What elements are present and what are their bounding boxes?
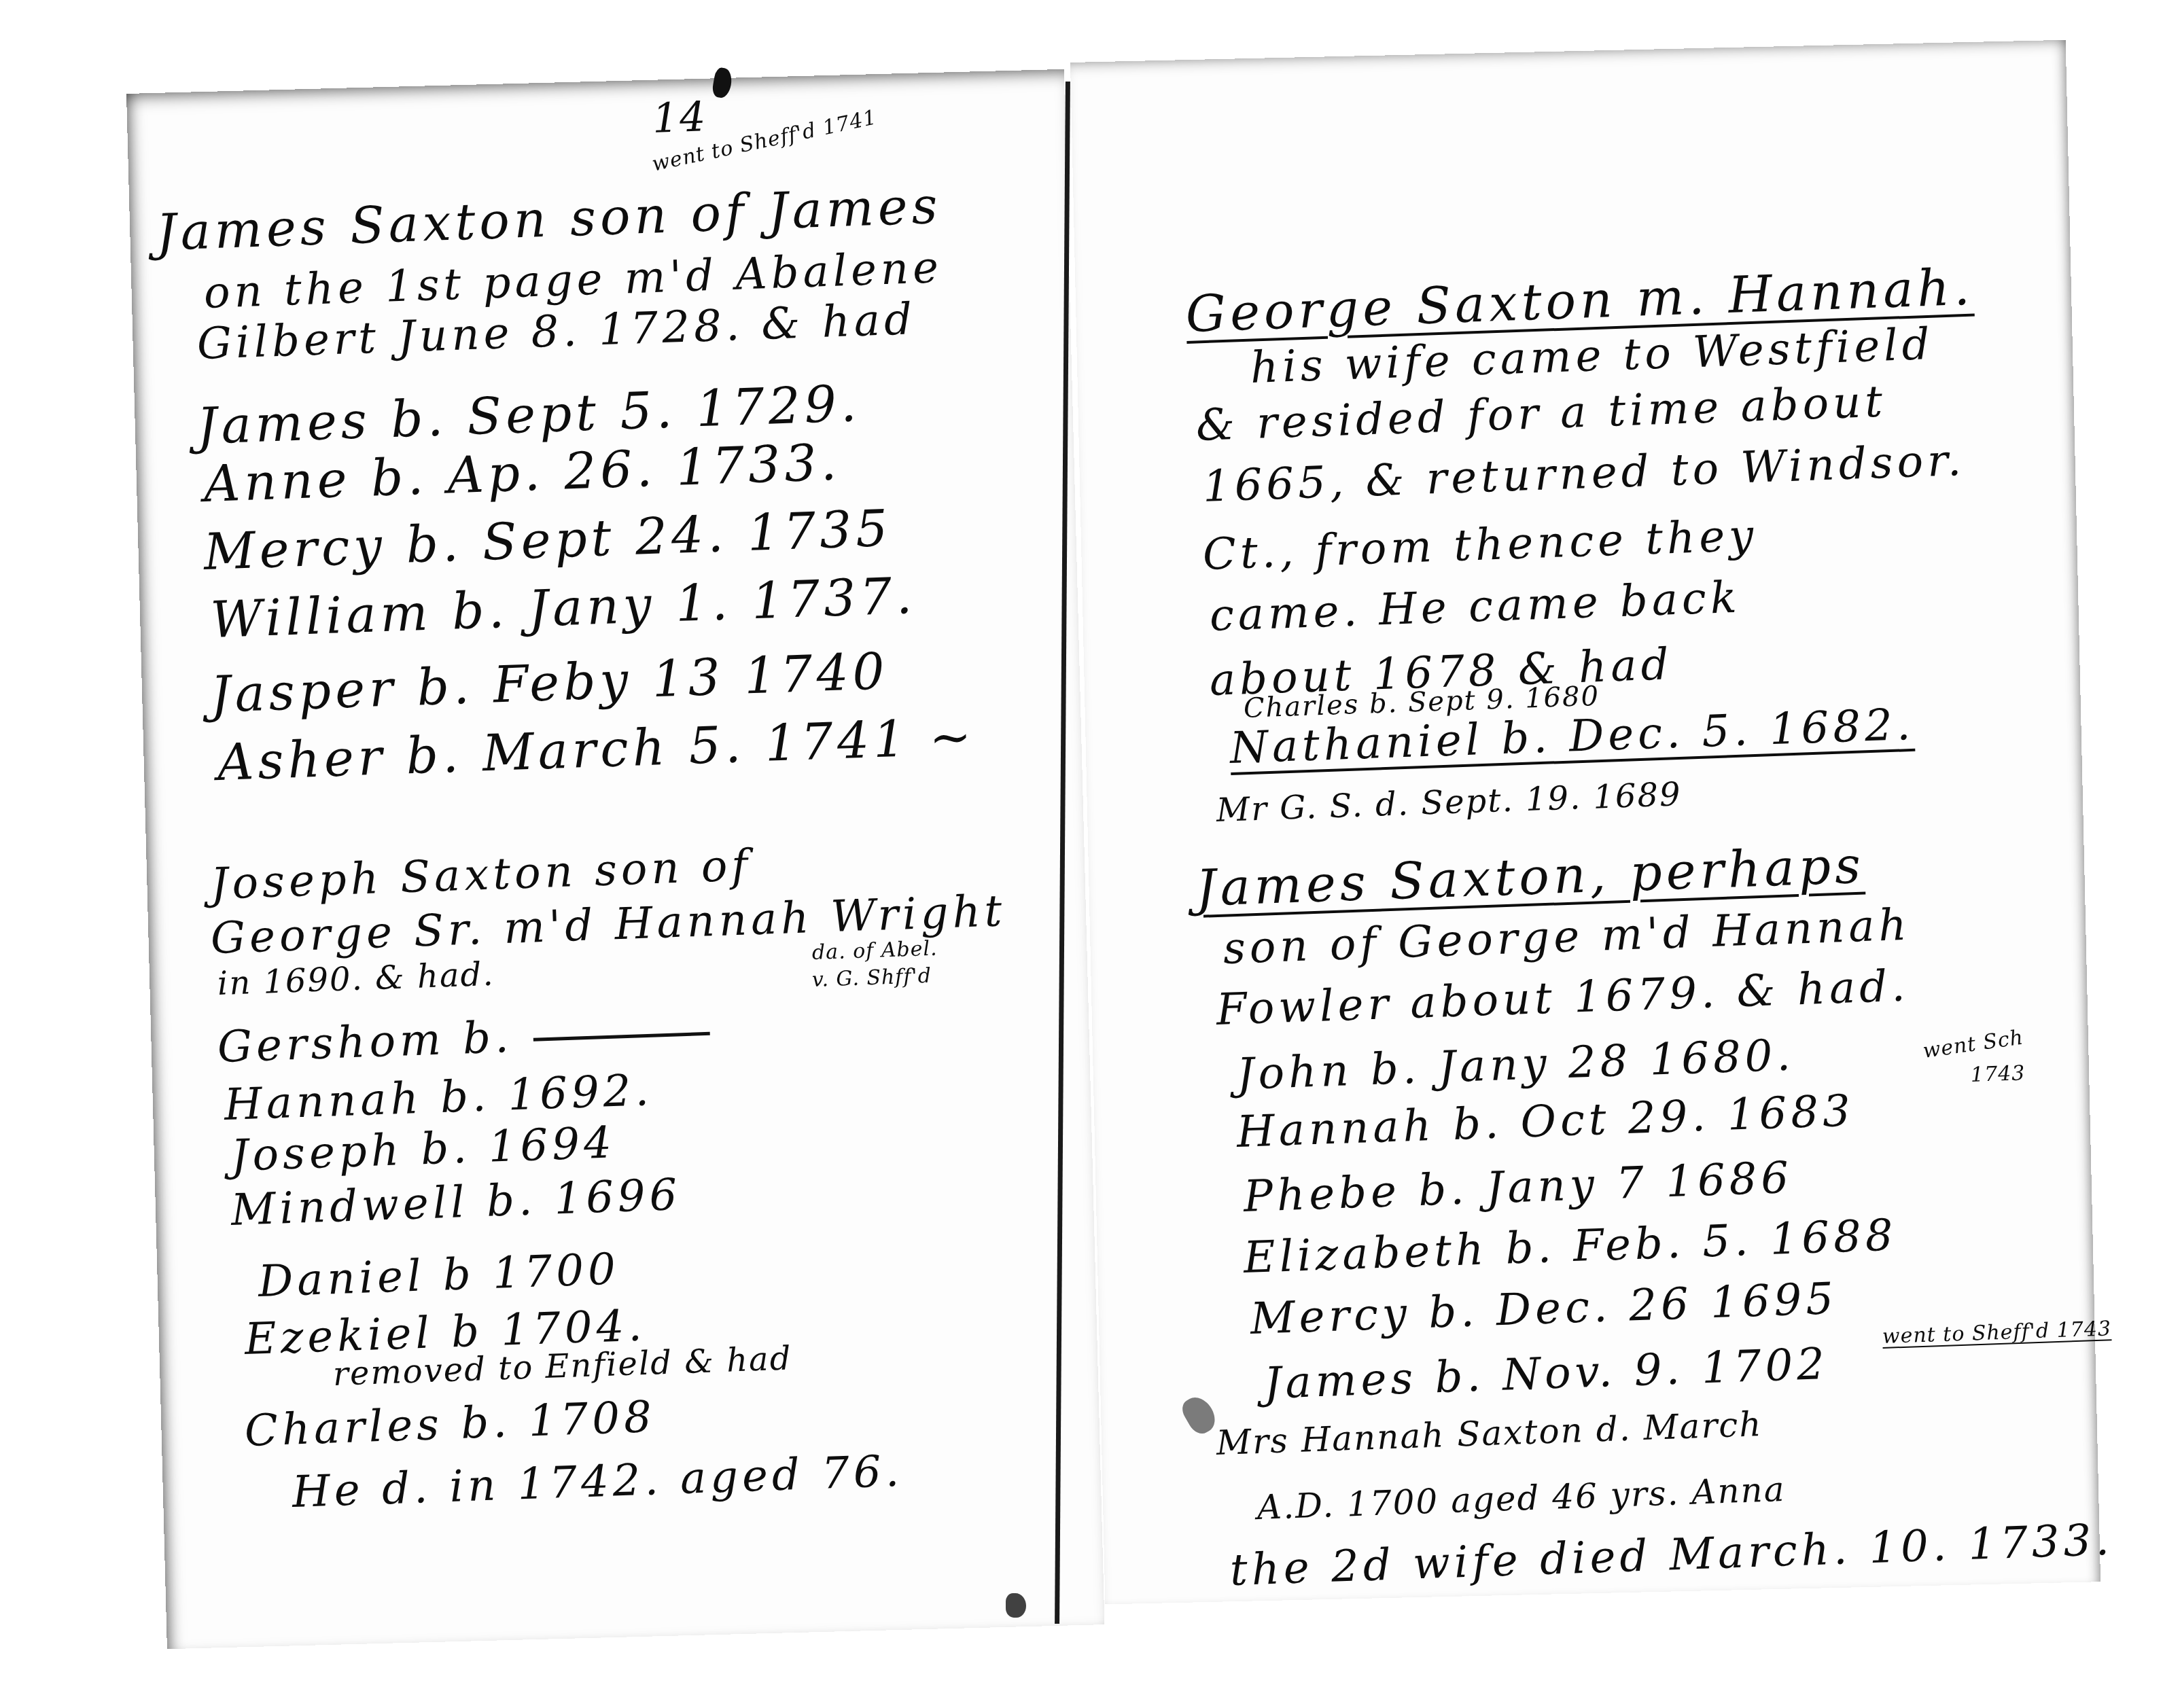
blank-date-line — [533, 1032, 709, 1042]
side-note: 1743 — [1970, 1061, 2026, 1087]
child-entry-text: Gershom b. — [217, 1012, 514, 1073]
ink-smudge — [1006, 1593, 1026, 1618]
side-note: v. G. Shff'd — [811, 964, 932, 992]
side-note: da. of Abel. — [811, 937, 938, 965]
page-number: 14 — [652, 93, 708, 143]
scanned-notebook: 14 went to Sheff'd 1741 James Saxton son… — [0, 0, 2163, 1708]
